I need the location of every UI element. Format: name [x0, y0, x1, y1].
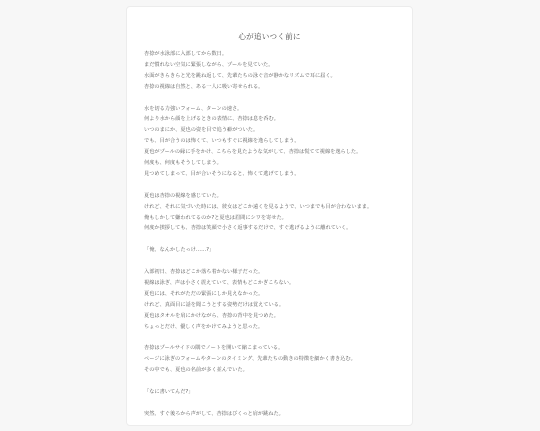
- story-paragraph: 「俺、なんかしたっけ……?」: [144, 245, 406, 256]
- story-paragraph: 「なに書いてんだ?」: [144, 387, 406, 398]
- story-card: 心が追いつく前に 杏捺が水泳部に入部してから数日。まだ慣れない空気に緊張しながら…: [126, 6, 413, 405]
- story-paragraph: 杏捺が水泳部に入部してから数日。まだ慣れない空気に緊張しながら、プールを見ていた…: [144, 49, 406, 93]
- story-line: 杏捺はプールサイドの隅でノートを開いて縮こまっている。: [144, 343, 406, 354]
- story-line: 何度か挨拶しても、杏捺は笑顔で小さく返事するだけで、すぐ逃げるように離れていく。: [144, 223, 406, 234]
- story-line: 水を切る力強いフォーム、ターンの速さ。: [144, 104, 406, 115]
- story-line: 杏捺の視線は自然と、ある一人に吸い寄せられる。: [144, 82, 406, 93]
- story-line: 夏也には、それがただの緊張にしか見えなかった。: [144, 289, 406, 300]
- story-line: 夏也がプールの縁に手をかけ、こちらを見たような気がして、杏捺は慌てて視線を逸らし…: [144, 147, 406, 158]
- story-line: 杏捺が水泳部に入部してから数日。: [144, 49, 406, 60]
- story-line: 「俺、なんかしたっけ……?」: [144, 245, 406, 256]
- story-line: 入部初日、杏捺はどこか落ち着かない様子だった。: [144, 267, 406, 278]
- story-line: でも、目が合うのは怖くて、いつもすぐに視線を逸らしてしまう。: [144, 136, 406, 147]
- story-line: 夏也はタオルを肩にかけながら、杏捺の背中を見つめた。: [144, 311, 406, 322]
- story-line: 視線は泳ぎ、声は小さく震えていて、表情もどこかぎこちない。: [144, 278, 406, 289]
- story-line: ちょっとだけ、優しく声をかけてみようと思った。: [144, 322, 406, 333]
- story-line: 「なに書いてんだ?」: [144, 387, 406, 398]
- story-line: まだ慣れない空気に緊張しながら、プールを見ていた。: [144, 60, 406, 71]
- story-line: 何より水から顔を上げるときの表情に、杏捺は息を呑む。: [144, 114, 406, 125]
- story-body: 杏捺が水泳部に入部してから数日。まだ慣れない空気に緊張しながら、プールを見ていた…: [144, 49, 406, 405]
- story-paragraph: 水を切る力強いフォーム、ターンの速さ。何より水から顔を上げるときの表情に、杏捺は…: [144, 104, 406, 180]
- story-line: 見つめてしまって、目が合いそうになると、怖くて逃げてしまう。: [144, 169, 406, 180]
- story-line: 俺もしかして嫌われてるのか?と夏也は眉間にシワを寄せた。: [144, 213, 406, 224]
- story-line: 水面がきらきらと光を跳ね返して、先輩たちの泳ぐ音が静かなリズムで耳に届く。: [144, 71, 406, 82]
- story-title: 心が追いつく前に: [127, 31, 412, 42]
- story-line: けれど、それに気づいた時には、彼女はどこか遠くを見るようで、いつまでも目が合わな…: [144, 202, 406, 213]
- story-line: けれど、真面目に話を聞こうとする姿勢だけは覚えている。: [144, 300, 406, 311]
- story-paragraph: 夏也は杏捺の視線を感じていた。けれど、それに気づいた時には、彼女はどこか遠くを見…: [144, 191, 406, 235]
- story-line: いつのまにか、夏也の姿を目で追う癖がついた。: [144, 125, 406, 136]
- story-line: 夏也は杏捺の視線を感じていた。: [144, 191, 406, 202]
- story-line: その中でも、夏也の名前が多く並んでいた。: [144, 365, 406, 376]
- story-paragraph: 入部初日、杏捺はどこか落ち着かない様子だった。視線は泳ぎ、声は小さく震えていて、…: [144, 267, 406, 332]
- story-paragraph: 杏捺はプールサイドの隅でノートを開いて縮こまっている。ページに泳ぎのフォームやタ…: [144, 343, 406, 376]
- story-line: ページに泳ぎのフォームやターンのタイミング、先輩たちの動きの特徴を細かく書き込む…: [144, 354, 406, 365]
- story-line: 何度も、何度もそうしてしまう。: [144, 158, 406, 169]
